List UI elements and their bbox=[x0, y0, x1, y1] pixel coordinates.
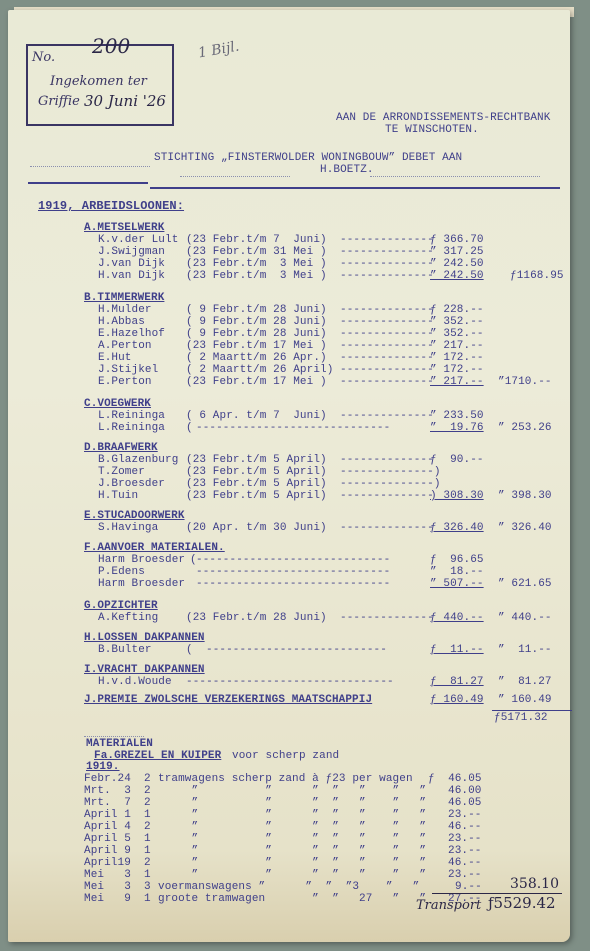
section-title-j: J.PREMIE ZWOLSCHE VERZEKERINGS MAATSCHAP… bbox=[84, 694, 372, 706]
leader: -------------- bbox=[340, 246, 434, 258]
section-total: ” 440.-- bbox=[498, 612, 552, 624]
section-total: ” 398.30 bbox=[498, 490, 552, 502]
delivery-date: Mei 9 bbox=[84, 893, 131, 905]
quantity: 2 bbox=[144, 857, 151, 869]
amount: ” 352.-- bbox=[430, 328, 484, 340]
amount: ” 317.25 bbox=[430, 246, 484, 258]
section-title-c: C.VOEGWERK bbox=[84, 398, 151, 410]
leader: -------------- bbox=[340, 490, 434, 502]
leader: --------------) bbox=[340, 478, 441, 490]
amount: 9.-- bbox=[455, 881, 482, 893]
worker-name: B.Glazenburg bbox=[98, 454, 178, 466]
work-period: (23 Febr.t/m 5 April) bbox=[186, 454, 327, 466]
leader: E.STUCADOORWERK bbox=[84, 510, 185, 522]
worker-name: H.van Dijk bbox=[98, 270, 165, 282]
amount: ƒ 228.-- bbox=[430, 304, 484, 316]
worker-name: J.Swijgman bbox=[98, 246, 165, 258]
amount: 46.00 bbox=[448, 785, 482, 797]
worker-name: J.van Dijk bbox=[98, 258, 165, 270]
work-period: (23 Febr.t/m 17 Mei ) bbox=[186, 340, 327, 352]
section-total: ” 160.49 bbox=[498, 694, 552, 706]
worker-name: A.Perton bbox=[98, 340, 152, 352]
amount: ” 507.-- bbox=[430, 578, 484, 590]
work-period: ( bbox=[186, 644, 193, 656]
section-total: ” 621.65 bbox=[498, 578, 552, 590]
amount: ƒ 366.70 bbox=[430, 234, 484, 246]
amount: ) 308.30 bbox=[430, 490, 484, 502]
worker-name: A.Kefting bbox=[98, 612, 158, 624]
amount: ” 217.-- bbox=[430, 340, 484, 352]
leader: ----------------------------- bbox=[196, 422, 390, 434]
leader: C.VOEGWERK bbox=[84, 398, 151, 410]
leader: ----------------------------- bbox=[196, 578, 390, 590]
work-period: (23 Febr.t/m 5 April) bbox=[186, 490, 327, 502]
leader: -------------- bbox=[340, 376, 434, 388]
stamp-no-value: 200 bbox=[92, 34, 130, 58]
leader: H.LOSSEN DAKPANNEN bbox=[84, 632, 205, 644]
work-period: ( 9 Febr.t/m 28 Juni) bbox=[186, 328, 327, 340]
leader: -------------- bbox=[340, 364, 434, 376]
delivery-description: ” ” ” ” ” ” ” bbox=[158, 845, 426, 857]
addressee-line-2: TE WINSCHOTEN. bbox=[385, 124, 479, 136]
leader: -------------- bbox=[340, 352, 434, 364]
worker-name: J.Stijkel bbox=[98, 364, 158, 376]
quantity: 2 bbox=[144, 821, 151, 833]
leader: G.OPZICHTER bbox=[84, 600, 158, 612]
work-period: ( 9 Febr.t/m 28 Juni) bbox=[186, 304, 327, 316]
delivery-date: April19 bbox=[84, 857, 131, 869]
quantity: 1 bbox=[144, 869, 151, 881]
delivery-description: ” ” ” ” ” ” ” bbox=[158, 821, 426, 833]
addressee-line-1: AAN DE ARRONDISSEMENTS-RECHTBANK bbox=[336, 112, 550, 124]
amount: ƒ 326.40 bbox=[430, 522, 484, 534]
leader: -------------- bbox=[340, 522, 434, 534]
stamp-date-handwritten: 30 Juni '26 bbox=[84, 92, 166, 110]
leader: ------------------------------- bbox=[186, 676, 394, 688]
delivery-description: tramwagens scherp zand à ƒ23 per wagen bbox=[158, 773, 413, 785]
delivery-date: Mrt. 3 bbox=[84, 785, 131, 797]
work-period: (23 Febr.t/m 3 Mei ) bbox=[186, 258, 327, 270]
work-period: ( 6 Apr. t/m 7 Juni) bbox=[186, 410, 327, 422]
leader: -------------- bbox=[340, 410, 434, 422]
amount: ” 242.50 bbox=[430, 258, 484, 270]
worker-name: Harm Broesder bbox=[98, 578, 185, 590]
section-total: ”1710.-- bbox=[498, 376, 552, 388]
delivery-date: April 9 bbox=[84, 845, 131, 857]
worker-name: K.v.der Lult bbox=[98, 234, 178, 246]
quantity: 1 bbox=[144, 845, 151, 857]
delivery-description: groote tramwagen ” ” 27 ” ” bbox=[158, 893, 426, 905]
amount: ƒ 440.-- bbox=[430, 612, 484, 624]
leader: I.VRACHT DAKPANNEN bbox=[84, 664, 205, 676]
dotted-leader bbox=[84, 736, 144, 737]
stamp-received-label: Ingekomen ter bbox=[50, 74, 147, 89]
worker-name: H.Mulder bbox=[98, 304, 152, 316]
work-period: (23 Febr.t/m 17 Mei ) bbox=[186, 376, 327, 388]
leader: -------------- bbox=[340, 234, 434, 246]
worker-name: J.Broesder bbox=[98, 478, 165, 490]
amount: ” 352.-- bbox=[430, 316, 484, 328]
delivery-description: ” ” ” ” ” ” ” bbox=[158, 833, 426, 845]
section-title-b: B.TIMMERWERK bbox=[84, 292, 164, 304]
dotted-leader bbox=[370, 176, 540, 177]
transport-value-handwritten: ƒ5529.42 bbox=[488, 894, 556, 912]
stamp-no-label: No. bbox=[32, 50, 55, 65]
work-period: (23 Febr.t/m 28 Juni) bbox=[186, 612, 327, 624]
leader: -------------- bbox=[340, 304, 434, 316]
work-period: (23 Febr.t/m 3 Mei ) bbox=[186, 270, 327, 282]
leader: -------------- bbox=[340, 270, 434, 282]
debtor-line-1: STICHTING „FINSTERWOLDER WONINGBOUW” DEB… bbox=[154, 152, 462, 164]
leader: --------------------------- bbox=[206, 644, 387, 656]
worker-name: T.Zomer bbox=[98, 466, 145, 478]
amount: 46.-- bbox=[448, 821, 482, 833]
delivery-date: April 4 bbox=[84, 821, 131, 833]
quantity: 1 bbox=[144, 833, 151, 845]
leader: -------------- bbox=[340, 454, 434, 466]
delivery-date: Febr.24 bbox=[84, 773, 131, 785]
grand-total: ƒ5171.32 bbox=[494, 712, 548, 724]
section-title-d: D.BRAAFWERK bbox=[84, 442, 158, 454]
worker-name: H.v.d.Woude bbox=[98, 676, 172, 688]
total-rule bbox=[492, 710, 572, 711]
leader: ----------------------------- bbox=[196, 566, 390, 578]
leader: -------------- bbox=[340, 328, 434, 340]
section-total: ” 326.40 bbox=[498, 522, 552, 534]
amount: ” 19.76 bbox=[430, 422, 484, 434]
amount: ” 18.-- bbox=[430, 566, 484, 578]
leader: D.BRAAFWERK bbox=[84, 442, 158, 454]
amount: ” 217.-- bbox=[430, 376, 484, 388]
leader: -------------- bbox=[340, 316, 434, 328]
work-period: ( 2 Maartt/m 26 April) bbox=[186, 364, 333, 376]
worker-name: P.Edens bbox=[98, 566, 145, 578]
work-period: (23 Febr.t/m 5 April) bbox=[186, 478, 327, 490]
section-total: ” 253.26 bbox=[498, 422, 552, 434]
delivery-description: ” ” ” ” ” ” ” bbox=[158, 869, 426, 881]
dotted-leader bbox=[180, 176, 290, 177]
section-title-h: H.LOSSEN DAKPANNEN bbox=[84, 632, 205, 644]
amount: 23.-- bbox=[448, 869, 482, 881]
leader: J.PREMIE ZWOLSCHE VERZEKERINGS MAATSCHAP… bbox=[84, 694, 372, 706]
dotted-leader bbox=[30, 166, 150, 167]
quantity: 2 bbox=[144, 797, 151, 809]
delivery-date: April 5 bbox=[84, 833, 131, 845]
quantity: 1 bbox=[144, 893, 151, 905]
rule bbox=[28, 182, 148, 184]
worker-name: E.Hazelhof bbox=[98, 328, 165, 340]
delivery-description: voermanswagens ” ” ” ”3 ” ” bbox=[158, 881, 419, 893]
stamp-griffie-label: Griffie bbox=[38, 94, 80, 109]
leader: -------------- bbox=[340, 340, 434, 352]
work-period: (20 Apr. t/m 30 Juni) bbox=[186, 522, 327, 534]
work-period: ( bbox=[186, 422, 193, 434]
materials-year: 1919. bbox=[86, 761, 120, 773]
work-period: (23 Febr.t/m 31 Mei ) bbox=[186, 246, 327, 258]
section-total: ” 11.-- bbox=[498, 644, 552, 656]
delivery-date: Mei 3 bbox=[84, 869, 131, 881]
worker-name: E.Perton bbox=[98, 376, 152, 388]
amount: 23.-- bbox=[448, 845, 482, 857]
rule bbox=[150, 187, 560, 189]
amount: ƒ 11.-- bbox=[430, 644, 484, 656]
amount: ƒ 81.27 bbox=[430, 676, 484, 688]
worker-name: L.Reininga bbox=[98, 422, 165, 434]
transport-label-handwritten: Transport bbox=[416, 898, 481, 913]
amount: ƒ 46.05 bbox=[428, 773, 482, 785]
quantity: 1 bbox=[144, 809, 151, 821]
worker-name: S.Havinga bbox=[98, 522, 158, 534]
work-period: ( 9 Febr.t/m 28 Juni) bbox=[186, 316, 327, 328]
materials-title: MATERIALEN bbox=[86, 738, 153, 750]
delivery-description: ” ” ” ” ” ” ” bbox=[158, 809, 426, 821]
delivery-date: Mrt. 7 bbox=[84, 797, 131, 809]
section-title-i: I.VRACHT DAKPANNEN bbox=[84, 664, 205, 676]
section-title-g: G.OPZICHTER bbox=[84, 600, 158, 612]
amount: ƒ 90.-- bbox=[430, 454, 484, 466]
amount: 23.-- bbox=[448, 809, 482, 821]
work-period: (23 Febr.t/m 7 Juni) bbox=[186, 234, 327, 246]
quantity: 2 bbox=[144, 773, 151, 785]
worker-name: E.Hut bbox=[98, 352, 132, 364]
leader: -------------- bbox=[340, 258, 434, 270]
amount: ” 172.-- bbox=[430, 352, 484, 364]
worker-name: L.Reininga bbox=[98, 410, 165, 422]
amount: 46.-- bbox=[448, 857, 482, 869]
debtor-line-2: H.BOETZ. bbox=[320, 164, 374, 176]
section-total: ƒ1168.95 bbox=[510, 270, 564, 282]
leader: --------------) bbox=[340, 466, 441, 478]
materials-supplier-suffix: voor scherp zand bbox=[232, 750, 339, 762]
leader: ----------------------------- bbox=[196, 554, 390, 566]
amount: 46.05 bbox=[448, 797, 482, 809]
worker-name: Harm Broesder bbox=[98, 554, 185, 566]
quantity: 2 bbox=[144, 785, 151, 797]
leader: F.AANVOER MATERIALEN. bbox=[84, 542, 225, 554]
work-period: (23 Febr.t/m 5 April) bbox=[186, 466, 327, 478]
leader: -------------- bbox=[340, 612, 434, 624]
amount: ƒ 160.49 bbox=[430, 694, 484, 706]
amount: ” 233.50 bbox=[430, 410, 484, 422]
section-title-e: E.STUCADOORWERK bbox=[84, 510, 185, 522]
delivery-description: ” ” ” ” ” ” ” bbox=[158, 797, 426, 809]
delivery-date: Mei 3 bbox=[84, 881, 131, 893]
worker-name: H.Abbas bbox=[98, 316, 145, 328]
amount: 23.-- bbox=[448, 833, 482, 845]
delivery-description: ” ” ” ” ” ” ” bbox=[158, 857, 426, 869]
section-title-f: F.AANVOER MATERIALEN. bbox=[84, 542, 225, 554]
leader: B.TIMMERWERK bbox=[84, 292, 164, 304]
section-title-a: A.METSELWERK bbox=[84, 222, 164, 234]
section-total: ” 81.27 bbox=[498, 676, 552, 688]
work-period: ( 2 Maartt/m 26 Apr.) bbox=[186, 352, 327, 364]
worker-name: B.Bulter bbox=[98, 644, 152, 656]
section-heading: 1919, ARBEIDSLOONEN: bbox=[38, 200, 184, 212]
amount: ” 242.50 bbox=[430, 270, 484, 282]
delivery-date: April 1 bbox=[84, 809, 131, 821]
subtotal-handwritten: 358.10 bbox=[510, 876, 559, 892]
quantity: 3 bbox=[144, 881, 151, 893]
delivery-description: ” ” ” ” ” ” ” bbox=[158, 785, 426, 797]
amount: ” 172.-- bbox=[430, 364, 484, 376]
amount: ƒ 96.65 bbox=[430, 554, 484, 566]
leader: A.METSELWERK bbox=[84, 222, 164, 234]
worker-name: H.Tuin bbox=[98, 490, 138, 502]
